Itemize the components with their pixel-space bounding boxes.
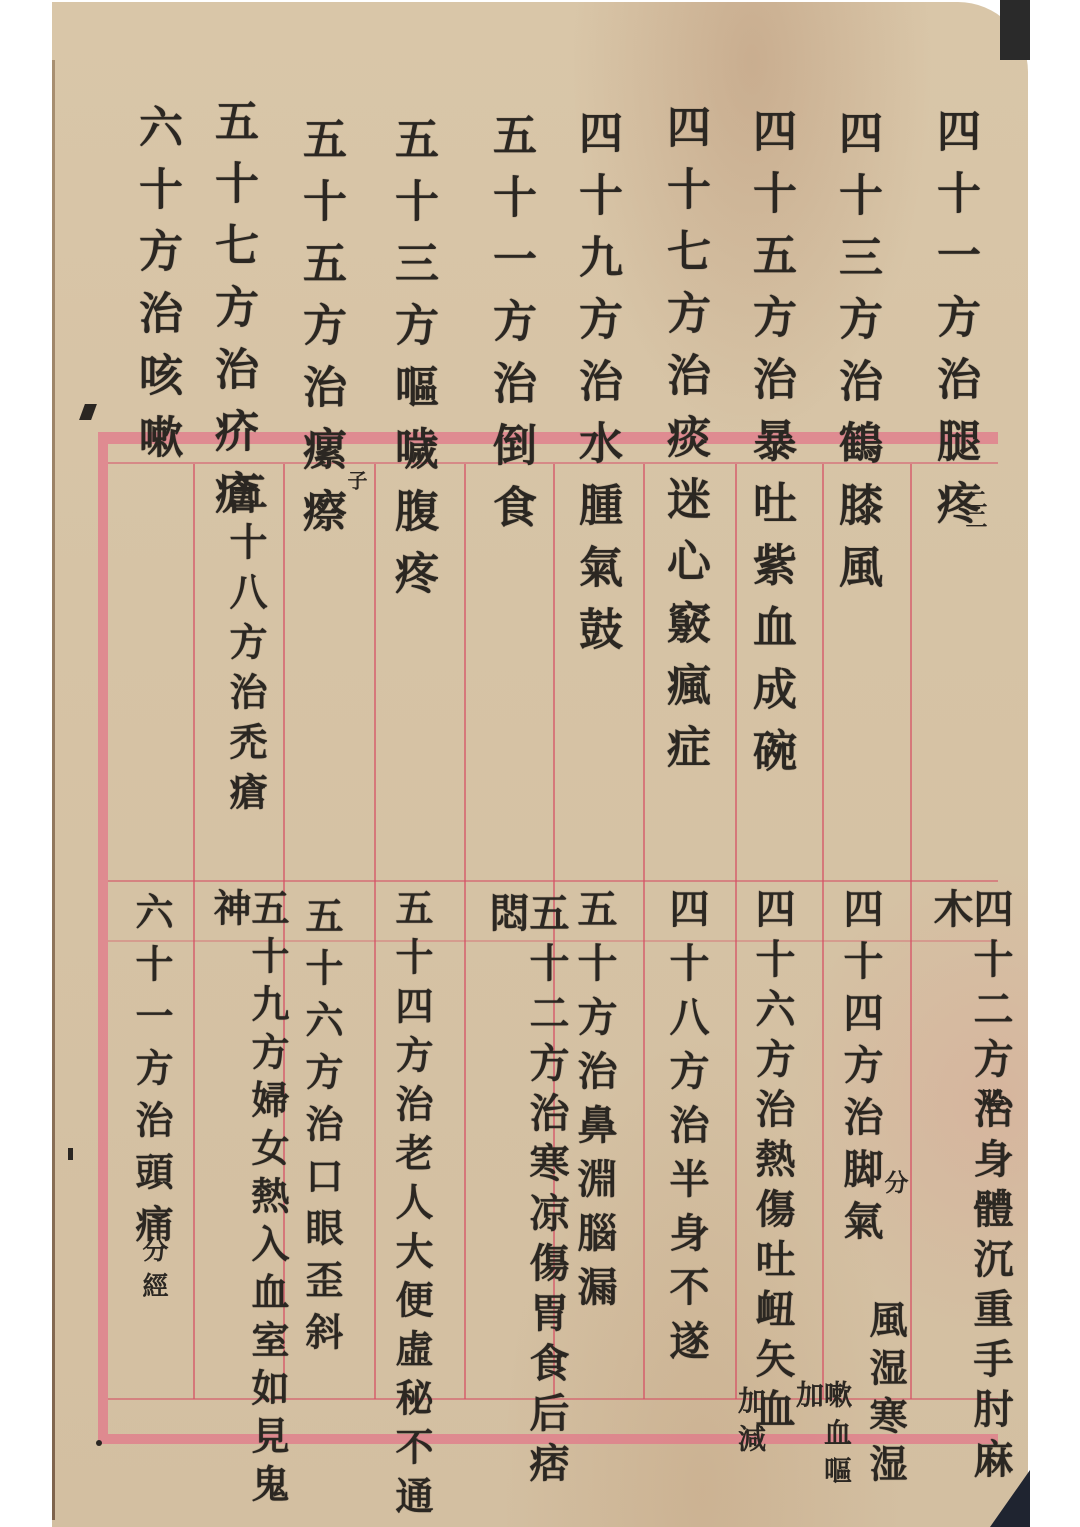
entry-42-annotation: 股 bbox=[978, 1088, 1004, 1124]
entry-56: 五十六方治口眼歪斜 bbox=[302, 896, 340, 1364]
entry-43: 四十三方治鶴膝風 bbox=[834, 110, 878, 606]
entry-61-annotation: 分經 bbox=[140, 1236, 166, 1308]
entry-44-continuation: 風湿寒湿 bbox=[866, 1300, 904, 1492]
background-edge bbox=[1000, 0, 1030, 60]
entry-60: 六十方治咳嗽 bbox=[134, 104, 178, 476]
entry-42: 四十二方治身體沉重手肘麻木 bbox=[930, 888, 1010, 1527]
entry-57: 五十七方治疥瘡 bbox=[210, 98, 254, 532]
entry-52: 五十二方治寒凉傷胃食后痞悶 bbox=[486, 892, 566, 1527]
grid-column-line bbox=[822, 464, 824, 1399]
entry-44-annotation: 分 bbox=[882, 1170, 906, 1204]
entry-61: 六十一方治頭痛 bbox=[132, 892, 170, 1256]
entry-53: 五十三方嘔噦腹疼 bbox=[390, 116, 434, 612]
grid-column-line bbox=[910, 464, 912, 1399]
entry-46: 四十六方治熱傷吐衄矢血 bbox=[752, 888, 792, 1438]
entry-44: 四十四方治脚氣 bbox=[840, 888, 880, 1252]
entry-46-side-note: 加減 bbox=[736, 1386, 764, 1462]
entry-55: 五十五方治瘰瘵 bbox=[298, 116, 342, 550]
grid-column-line bbox=[735, 464, 737, 1399]
binding-edge bbox=[52, 60, 55, 1520]
entry-54: 五十四方治老人大便虛秘不通 bbox=[392, 888, 430, 1525]
ink-mark bbox=[96, 1440, 102, 1446]
entry-49: 四十九方治水腫氣鼓 bbox=[574, 110, 618, 668]
grid-column-line bbox=[374, 464, 376, 1399]
entry-46-annotation: 嗽血嘔加 bbox=[794, 1380, 850, 1527]
grid-column-line bbox=[193, 464, 195, 1399]
entry-48: 四十八方治半身不遂 bbox=[666, 888, 706, 1374]
entry-55-annotation: 子 bbox=[346, 470, 366, 500]
entry-47: 四十七方治痰迷心竅瘋症 bbox=[662, 104, 706, 786]
entry-45: 四十五方治暴吐紫血成碗 bbox=[748, 108, 792, 790]
entry-58: 五十八方治禿瘡 bbox=[226, 472, 264, 822]
grid-column-line bbox=[464, 464, 466, 1399]
grid-column-line bbox=[643, 464, 645, 1399]
ink-mark bbox=[68, 1148, 73, 1160]
entry-51: 五十一方治倒食 bbox=[488, 112, 532, 546]
entry-41: 四十一方治腿疼 bbox=[932, 108, 976, 542]
entry-50: 五十方治鼻淵腦漏 bbox=[574, 888, 614, 1320]
entry-59: 五十九方婦女熱入血室如見鬼神 bbox=[210, 888, 286, 1527]
